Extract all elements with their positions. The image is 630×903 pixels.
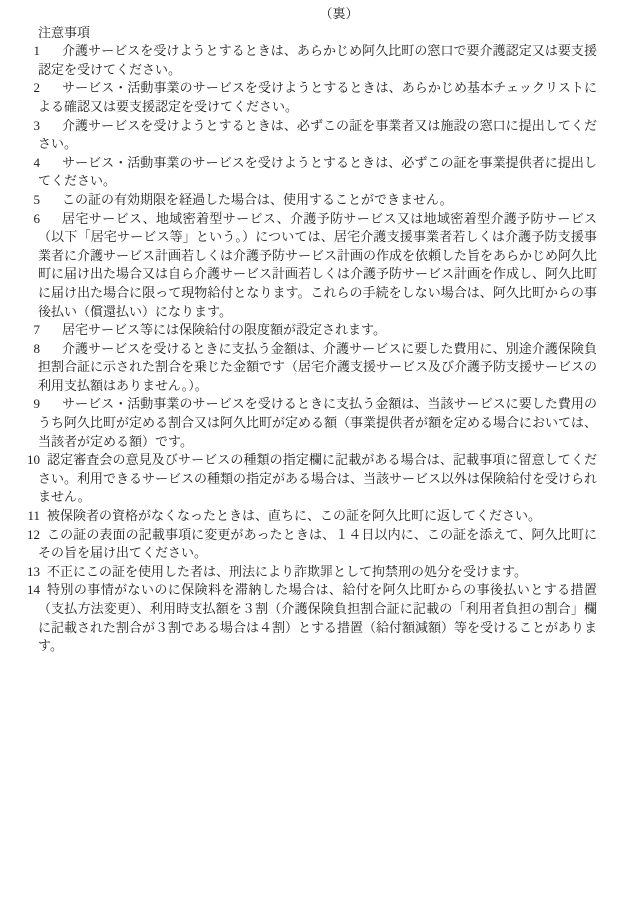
note-number: 8: [0, 340, 40, 359]
note-item: 12この証の表面の記載事項に変更があったときは、１４日以内に、この証を添えて、阿…: [38, 526, 597, 563]
note-item: 5この証の有効期限を経過した場合は、使用することができません。: [38, 191, 597, 210]
note-number: 7: [0, 321, 40, 340]
note-number: 10: [0, 451, 40, 470]
note-item: 9サービス・活動事業のサービスを受けるときに支払う金額は、当該サービスに要した費…: [38, 395, 597, 451]
note-text: 居宅サービス等には保険給付の限度額が設定されます。: [62, 322, 386, 337]
note-item: 13不正にこの証を使用した者は、刑法により詐欺罪として拘禁刑の処分を受けます。: [38, 563, 597, 582]
note-number: 2: [0, 79, 40, 98]
note-item: 1介護サービスを受けようとするときは、あらかじめ阿久比町の窓口で要介護認定又は要…: [38, 42, 597, 79]
note-number: 4: [0, 154, 40, 173]
note-item: 4サービス・活動事業のサービスを受けようとするときは、必ずこの証を事業提供者に提…: [38, 154, 597, 191]
note-text: 介護サービスを受けるときに支払う金額は、介護サービスに要した費用に、別途介護保険…: [38, 341, 597, 393]
note-item: 7居宅サービス等には保険給付の限度額が設定されます。: [38, 321, 597, 340]
note-item: 10認定審査会の意見及びサービスの種類の指定欄に記載がある場合は、記載事項に留意…: [38, 451, 597, 507]
note-number: 11: [0, 507, 40, 526]
note-number: 6: [0, 210, 40, 229]
note-text: サービス・活動事業のサービスを受けようとするときは、必ずこの証を事業提供者に提出…: [38, 155, 597, 189]
note-text: サービス・活動事業のサービスを受けるときに支払う金額は、当該サービスに要した費用…: [38, 396, 597, 448]
note-item: 11被保険者の資格がなくなったときは、直ちに、この証を阿久比町に返してください。: [38, 507, 597, 526]
note-number: 9: [0, 395, 40, 414]
document-page: （裏） 注意事項 1介護サービスを受けようとするときは、あらかじめ阿久比町の窓口…: [0, 0, 630, 903]
note-item: 8介護サービスを受けるときに支払う金額は、介護サービスに要した費用に、別途介護保…: [38, 340, 597, 396]
note-item: 14特別の事情がないのに保険料を滞納した場合は、給付を阿久比町からの事後払いとす…: [38, 581, 597, 655]
section-title: 注意事項: [38, 24, 630, 43]
note-item: 6居宅サービス、地域密着型サービス、介護予防サービス又は地域密着型介護予防サービ…: [38, 210, 597, 322]
note-text: 認定審査会の意見及びサービスの種類の指定欄に記載がある場合は、記載事項に留意して…: [38, 452, 597, 504]
notes-list: 1介護サービスを受けようとするときは、あらかじめ阿久比町の窓口で要介護認定又は要…: [0, 42, 630, 656]
note-number: 1: [0, 42, 40, 61]
note-number: 14: [0, 581, 40, 600]
note-text: この証の表面の記載事項に変更があったときは、１４日以内に、この証を添えて、阿久比…: [38, 527, 597, 561]
note-number: 5: [0, 191, 40, 210]
page-side-label: （裏）: [0, 5, 630, 24]
note-item: 3介護サービスを受けようとするときは、必ずこの証を事業者又は施設の窓口に提出して…: [38, 117, 597, 154]
note-text: 被保険者の資格がなくなったときは、直ちに、この証を阿久比町に返してください。: [47, 508, 541, 523]
note-item: 2サービス・活動事業のサービスを受けようとするときは、あらかじめ基本チェックリス…: [38, 79, 597, 116]
note-number: 3: [0, 117, 40, 136]
note-text: 介護サービスを受けようとするときは、必ずこの証を事業者又は施設の窓口に提出してく…: [38, 118, 597, 152]
note-text: 不正にこの証を使用した者は、刑法により詐欺罪として拘禁刑の処分を受けます。: [47, 564, 527, 579]
note-text: 特別の事情がないのに保険料を滞納した場合は、給付を阿久比町からの事後払いとする措…: [38, 582, 597, 653]
note-number: 12: [0, 526, 40, 545]
note-text: サービス・活動事業のサービスを受けようとするときは、あらかじめ基本チェックリスト…: [38, 80, 597, 114]
note-text: 居宅サービス、地域密着型サービス、介護予防サービス又は地域密着型介護予防サービス…: [38, 211, 597, 319]
note-text: 介護サービスを受けようとするときは、あらかじめ阿久比町の窓口で要介護認定又は要支…: [38, 43, 597, 77]
note-text: この証の有効期限を経過した場合は、使用することができません。: [62, 192, 453, 207]
note-number: 13: [0, 563, 40, 582]
